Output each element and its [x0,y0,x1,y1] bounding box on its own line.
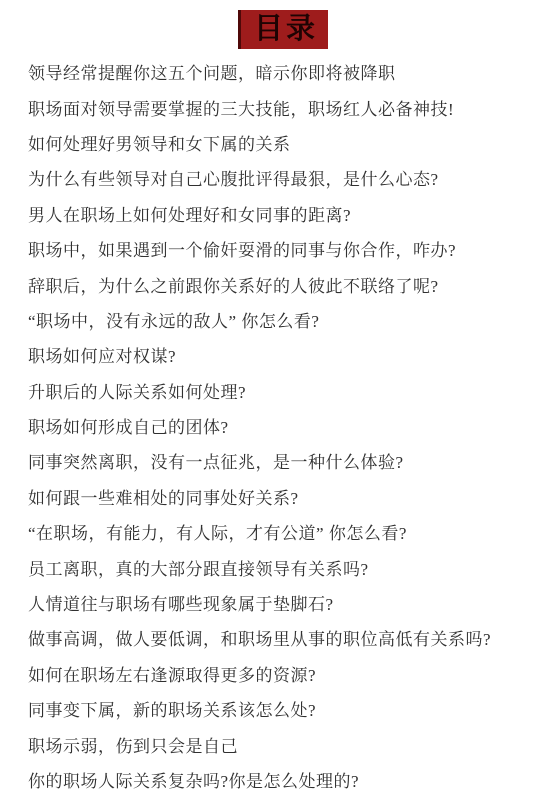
toc-item-6[interactable]: 职场中，如果遇到一个偷奸耍滑的同事与你合作，咋办? [0,231,550,266]
toc-item-13[interactable]: 如何跟一些难相处的同事处好关系? [0,479,550,514]
toc-title: 目录 [251,15,318,44]
toc-title-box: 目录 [238,10,328,49]
toc-item-18[interactable]: 如何在职场左右逢源取得更多的资源? [0,656,550,691]
toc-item-label: “职场中，没有永远的敌人” 你怎么看? [28,307,319,332]
toc-item-label: 升职后的人际关系如何处理? [28,378,246,403]
toc-item-12[interactable]: 同事突然离职，没有一点征兆，是一种什么体验? [0,443,550,478]
toc-item-label: 同事突然离职，没有一点征兆，是一种什么体验? [28,448,404,473]
toc-item-label: 如何在职场左右逢源取得更多的资源? [28,661,316,686]
toc-item-label: 领导经常提醒你这五个问题，暗示你即将被降职 [28,59,396,84]
toc-item-5[interactable]: 男人在职场上如何处理好和女同事的距离? [0,196,550,231]
toc-item-11[interactable]: 职场如何形成自己的团体? [0,408,550,443]
toc-item-label: 职场如何形成自己的团体? [28,413,229,438]
toc-item-label: 职场示弱，伤到只会是自己 [28,732,238,757]
toc-item-17[interactable]: 做事高调，做人要低调，和职场里从事的职位高低有关系吗? [0,620,550,655]
toc-item-9[interactable]: 职场如何应对权谋? [0,337,550,372]
toc-item-1[interactable]: 领导经常提醒你这五个问题，暗示你即将被降职 [0,54,550,89]
toc-item-14[interactable]: “在职场，有能力，有人际，才有公道” 你怎么看? [0,514,550,549]
toc-item-label: 人情道往与职场有哪些现象属于垫脚石? [28,590,334,615]
toc-item-15[interactable]: 员工离职，真的大部分跟直接领导有关系吗? [0,549,550,584]
document-page: 目录 领导经常提醒你这五个问题，暗示你即将被降职 职场面对领导需要掌握的三大技能… [0,0,550,805]
toc-item-label: 你的职场人际关系复杂吗?你是怎么处理的? [28,767,359,792]
toc-item-3[interactable]: 如何处理好男领导和女下属的关系 [0,125,550,160]
toc-item-label: 职场中，如果遇到一个偷奸耍滑的同事与你合作，咋办? [28,236,456,261]
toc-item-label: 如何跟一些难相处的同事处好关系? [28,484,299,509]
toc-item-label: 如何处理好男领导和女下属的关系 [28,130,291,155]
toc-item-label: “在职场，有能力，有人际，才有公道” 你怎么看? [28,519,407,544]
toc-item-4[interactable]: 为什么有些领导对自己心腹批评得最狠，是什么心态? [0,160,550,195]
toc-item-21[interactable]: 你的职场人际关系复杂吗?你是怎么处理的? [0,762,550,797]
toc-item-20[interactable]: 职场示弱，伤到只会是自己 [0,726,550,761]
toc-item-label: 同事变下属，新的职场关系该怎么处? [28,696,316,721]
toc-item-19[interactable]: 同事变下属，新的职场关系该怎么处? [0,691,550,726]
toc-list: 领导经常提醒你这五个问题，暗示你即将被降职 职场面对领导需要掌握的三大技能，职场… [0,54,550,797]
toc-item-2[interactable]: 职场面对领导需要掌握的三大技能，职场红人必备神技! [0,89,550,124]
toc-item-label: 职场面对领导需要掌握的三大技能，职场红人必备神技! [28,95,454,120]
toc-item-label: 做事高调，做人要低调，和职场里从事的职位高低有关系吗? [28,625,491,650]
toc-item-label: 员工离职，真的大部分跟直接领导有关系吗? [28,555,369,580]
toc-item-7[interactable]: 辞职后，为什么之前跟你关系好的人彼此不联络了呢? [0,266,550,301]
toc-item-label: 为什么有些领导对自己心腹批评得最狠，是什么心态? [28,165,439,190]
toc-item-label: 职场如何应对权谋? [28,342,176,367]
toc-item-label: 男人在职场上如何处理好和女同事的距离? [28,201,351,226]
toc-item-label: 辞职后，为什么之前跟你关系好的人彼此不联络了呢? [28,272,439,297]
toc-item-10[interactable]: 升职后的人际关系如何处理? [0,373,550,408]
toc-item-8[interactable]: “职场中，没有永远的敌人” 你怎么看? [0,302,550,337]
toc-item-16[interactable]: 人情道往与职场有哪些现象属于垫脚石? [0,585,550,620]
